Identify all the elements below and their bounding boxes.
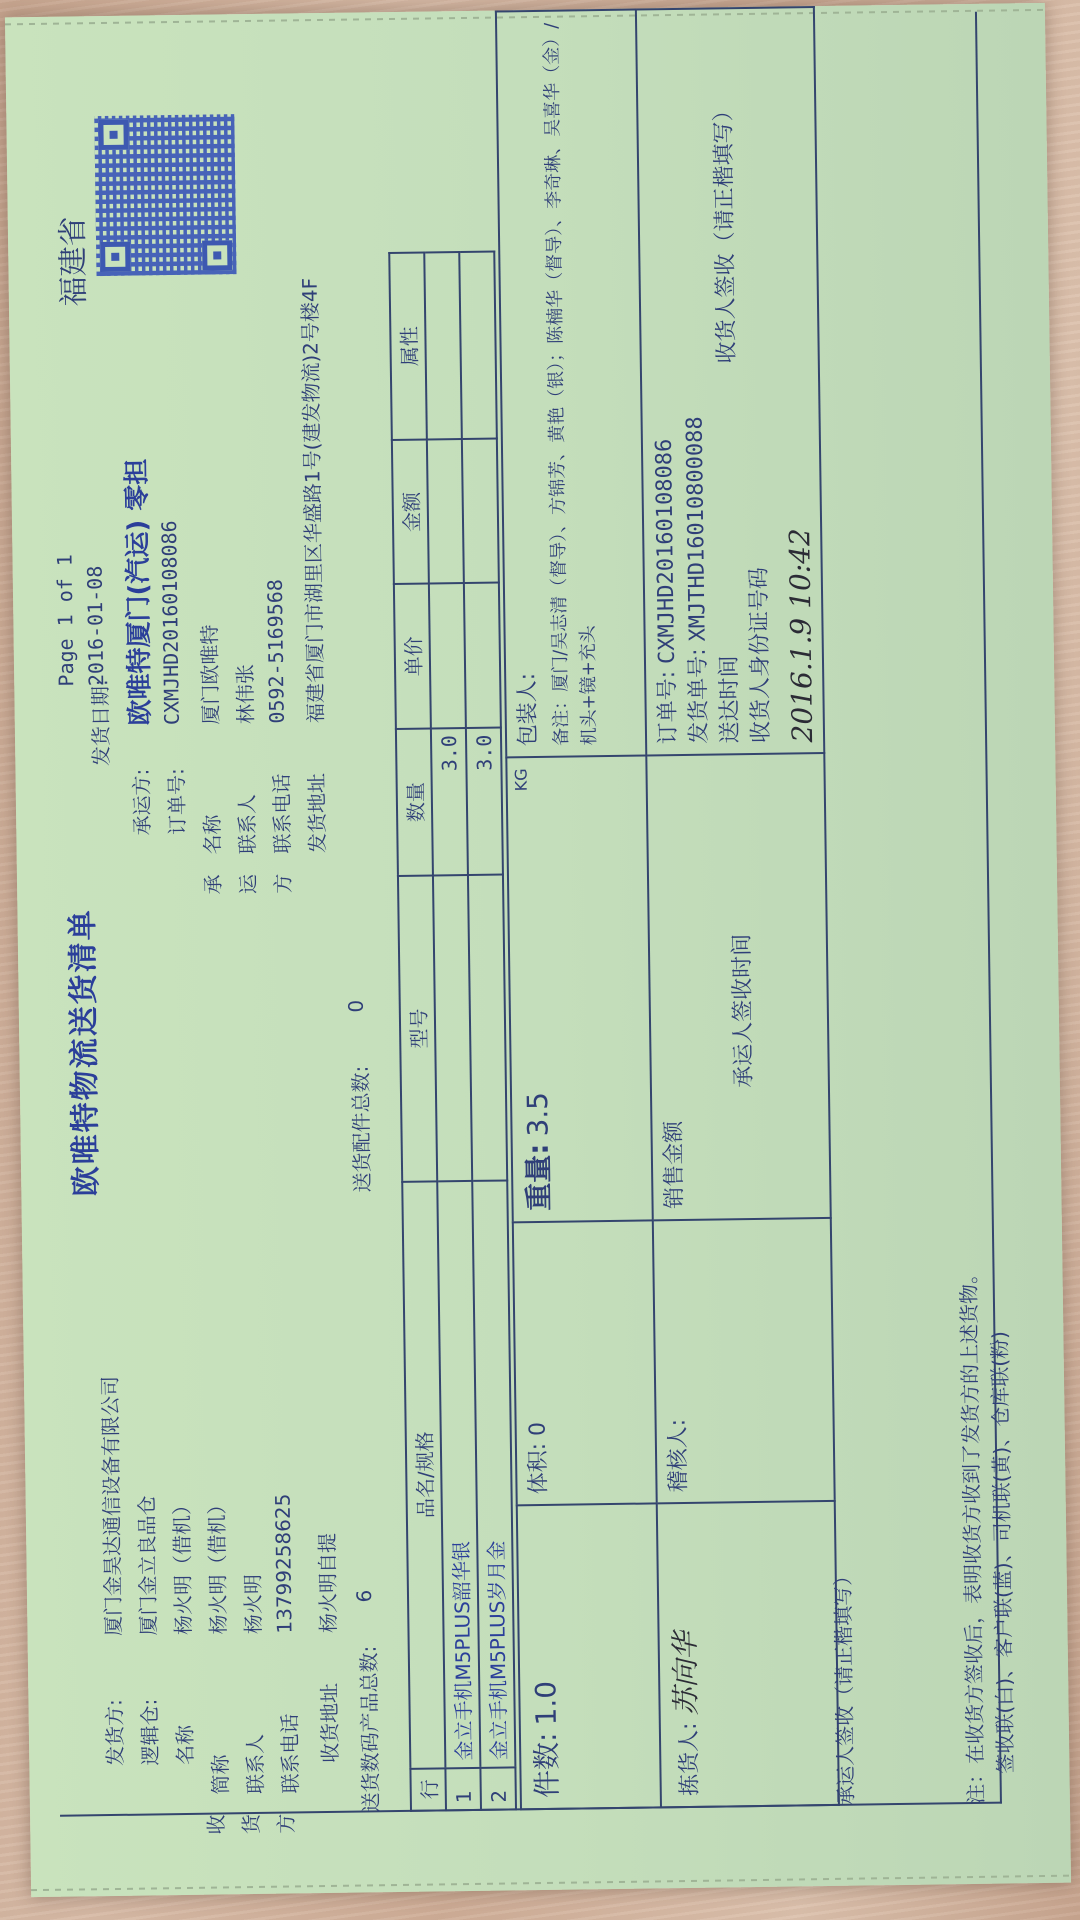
row-line: 1 bbox=[445, 1767, 481, 1810]
header-price: 单价 bbox=[394, 584, 431, 729]
receiver-sign-label: 收货人签收（请正楷填写） bbox=[705, 19, 741, 364]
consignee-address-label: 收货地址 bbox=[313, 1683, 343, 1763]
consignee-side-char: 方 bbox=[270, 1813, 299, 1833]
qr-finder bbox=[202, 240, 232, 270]
checker-label: 稽核人: bbox=[666, 1419, 692, 1493]
consignee-contact: 杨火明 bbox=[237, 1574, 267, 1634]
row-attr bbox=[459, 252, 497, 439]
header-attr: 属性 bbox=[389, 253, 427, 440]
summary-grid: 件数: 1.0 体积: 0 重量: 3.5 KG 包装人: 备注：厦门/吴志清（… bbox=[495, 6, 840, 1810]
packer-label: 包装人: bbox=[501, 22, 542, 747]
page-number: Page 1 of 1 bbox=[52, 554, 78, 687]
consignee-short-name: 杨火明（借机） bbox=[201, 1494, 232, 1634]
carrier-phone: 0592-5169568 bbox=[263, 579, 289, 724]
carrier-sign-time-label: 承运人签收时间 bbox=[722, 765, 758, 1088]
consignee-address: 杨火明自提 bbox=[311, 1533, 341, 1633]
consignee-phone: 13799258625 bbox=[271, 1493, 297, 1633]
carrier-side-char: 运 bbox=[232, 874, 261, 894]
shipper-value: 厦门金昊达通信设备有限公司 bbox=[94, 1376, 127, 1636]
carrier-name-label: 名称 bbox=[196, 814, 226, 854]
province-label: 福建省 bbox=[48, 216, 93, 307]
qr-finder bbox=[98, 120, 128, 150]
consignee-name-label: 名称 bbox=[169, 1725, 199, 1765]
row-amount bbox=[427, 439, 464, 584]
consignee-phone-label: 联系电话 bbox=[274, 1713, 304, 1793]
accessory-count-label: 送货配件总数: bbox=[345, 1066, 376, 1193]
document-title: 欧唯特物流送货清单 bbox=[57, 908, 105, 1197]
items-table: 行 品名/规格 型号 数量 单价 金额 属性 1 金立手机M5PLUS韶华银 3… bbox=[388, 251, 517, 1812]
row-name: 金立手机M5PLUS岁月金 bbox=[472, 1180, 515, 1767]
weight-unit: KG bbox=[511, 768, 530, 791]
header-amount: 金额 bbox=[392, 439, 429, 584]
weight-label: 重量: bbox=[522, 1143, 556, 1211]
carrier-label: 承运方: bbox=[125, 769, 155, 836]
serial-count: 6 bbox=[352, 1590, 376, 1603]
sales-amount-label: 销售金额 bbox=[651, 766, 688, 1209]
carrier-address-label: 发货地址 bbox=[301, 773, 331, 853]
row-model bbox=[433, 875, 472, 1181]
checker-cell: 稽核人: bbox=[653, 1218, 835, 1504]
weight-cell: 重量: 3.5 KG bbox=[506, 756, 652, 1222]
picker-label: 拣货人: bbox=[677, 1722, 703, 1796]
consignee-name: 杨火明（借机） bbox=[166, 1495, 197, 1635]
order-no: CXMJHD20160108086 bbox=[652, 439, 680, 664]
carrier-side-char: 承 bbox=[197, 874, 226, 894]
remark-cell: 包装人: 备注：厦门/吴志清（督导）、方锦芳、黄艳（银）；陈楠华（督导）、李奇琳… bbox=[496, 10, 646, 758]
sales-amount-cell: 销售金额 承运人签收时间 bbox=[646, 753, 830, 1220]
ship-date: 2016-01-08 bbox=[83, 566, 109, 687]
consignee-side-char: 收 bbox=[200, 1814, 229, 1834]
row-attr bbox=[424, 252, 462, 439]
warehouse-value: 厦门金立良品仓 bbox=[131, 1495, 162, 1635]
delivery-form-paper: 欧唯特物流送货清单 Page 1 of 1 发货日期: 2016-01-08 福… bbox=[5, 3, 1071, 1897]
consignee-contact-label: 联系人 bbox=[239, 1734, 269, 1794]
volume-label: 体积: bbox=[526, 1443, 552, 1495]
row-qty: 3.0 bbox=[431, 728, 468, 875]
carrier-sign-label: 承运人签收（请正楷填写） bbox=[827, 1566, 859, 1806]
row-amount bbox=[462, 439, 499, 584]
shipper-label: 发货方: bbox=[98, 1699, 128, 1766]
row-qty: 3.0 bbox=[466, 727, 503, 874]
carrier-order: CXMJHD20160108086 bbox=[157, 520, 184, 725]
carrier-value: 欧唯特厦门(汽运) 零担 bbox=[116, 458, 157, 725]
pieces-cell: 件数: 1.0 bbox=[517, 1504, 661, 1810]
row-model bbox=[468, 874, 507, 1180]
ship-date-label: 发货日期: bbox=[84, 679, 114, 766]
header-qty: 数量 bbox=[396, 728, 433, 875]
ship-no: XMJTHD16010800088 bbox=[683, 416, 711, 641]
pieces-value: 1.0 bbox=[529, 1681, 563, 1726]
consignee-side-char: 货 bbox=[235, 1814, 264, 1834]
pieces-label: 件数: bbox=[530, 1732, 564, 1798]
header-line: 行 bbox=[410, 1768, 446, 1811]
qr-finder bbox=[100, 242, 130, 272]
order-info-cell: 订单号: CXMJHD20160108086 发货单号: XMJTHD16010… bbox=[636, 7, 824, 756]
remark-text: 备注：厦门/吴志清（督导）、方锦芳、黄艳（银）；陈楠华（督导）、李奇琳、吴喜华（… bbox=[538, 21, 604, 746]
carrier-contact: 林伟张 bbox=[229, 664, 259, 724]
order-no-label: 订单号: bbox=[655, 671, 681, 745]
footer-copies: 签收联(白)、客户联(蓝)、司机联(黄)、仓库联(粉) bbox=[983, 1331, 1018, 1774]
consignee-short-name-label: 简称 bbox=[204, 1754, 234, 1794]
serial-count-label: 送货数码产品总数: bbox=[353, 1646, 384, 1813]
ship-no-label: 发货单号: bbox=[686, 648, 712, 744]
weight-value: 3.5 bbox=[521, 1092, 555, 1137]
qr-code-icon bbox=[94, 114, 236, 276]
volume-cell: 体积: 0 bbox=[513, 1220, 657, 1505]
carrier-name: 厦门欧唯特 bbox=[193, 624, 223, 724]
picker-signature: 苏向华 bbox=[669, 1631, 703, 1715]
warehouse-label: 逻辑仓: bbox=[133, 1699, 163, 1766]
volume-value: 0 bbox=[526, 1422, 551, 1436]
picker-cell: 拣货人: 苏向华 bbox=[657, 1501, 839, 1807]
receiver-sign-time: 2016.1.9 10:42 bbox=[776, 18, 819, 743]
carrier-contact-label: 联系人 bbox=[231, 794, 261, 854]
row-price bbox=[464, 583, 501, 728]
carrier-side-char: 方 bbox=[267, 873, 296, 893]
accessory-count: 0 bbox=[344, 1000, 368, 1013]
carrier-order-label: 订单号: bbox=[160, 768, 190, 835]
carrier-phone-label: 联系电话 bbox=[266, 773, 296, 853]
carrier-address: 福建省厦门市湖里区华盛路1号(建发物流)2号楼4F bbox=[294, 278, 329, 724]
header-model: 型号 bbox=[398, 875, 437, 1181]
row-line: 2 bbox=[480, 1767, 516, 1810]
row-price bbox=[429, 583, 466, 728]
